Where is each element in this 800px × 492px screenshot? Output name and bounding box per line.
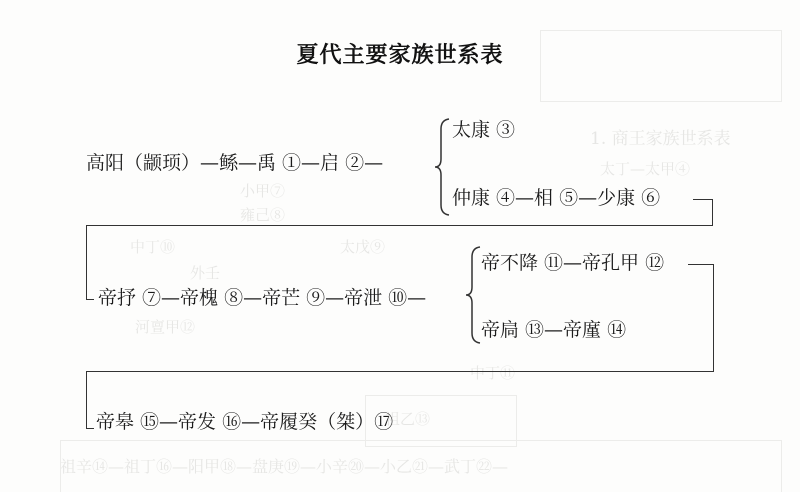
ghost-text: 雍己⑧ [240,204,285,225]
ghost-text: 太丁—太甲④ [600,158,690,179]
ghost-text: 中丁⑩ [130,236,175,257]
ghost-text: 中丁⑪ [470,362,515,383]
ghost-text: 河亶甲⑫ [135,316,195,337]
branch-bujiang-lineage: 帝不降 ⑪—帝孔甲 ⑫ [481,251,664,275]
ghost-text: 外壬 [190,262,220,283]
connector-line [86,225,713,226]
branch-jiong-lineage: 帝扃 ⑬—帝廑 ⑭ [481,318,626,342]
ghost-text: 1. 商王家族世系表 [590,124,731,149]
row3-main-lineage: 帝皋 ⑮—帝发 ⑯—帝履癸（桀）⑰ [96,410,393,434]
connector-line [86,225,87,300]
connector-line [713,264,714,371]
row1-main-lineage: 高阳（颛顼）—鲧—禹 ①—启 ②— [86,151,383,175]
brace-icon [433,117,453,217]
connector-line [86,371,714,372]
connector-line [86,371,87,429]
ghost-text: 小甲⑦ [240,180,285,201]
ghost-text: 太戊⑨ [340,236,385,257]
connector-line [712,199,713,225]
row2-main-lineage: 帝抒 ⑦—帝槐 ⑧—帝芒 ⑨—帝泄 ⑩— [98,286,426,310]
connector-line [86,428,94,429]
branch-taikang: 太康 ③ [452,118,515,142]
connector-line [693,199,713,200]
connector-line [86,299,94,300]
chart-title: 夏代主要家族世系表 [0,38,800,69]
ghost-box [60,440,782,492]
connector-line [688,264,714,265]
branch-zhongkang-lineage: 仲康 ④—相 ⑤—少康 ⑥ [452,186,660,210]
